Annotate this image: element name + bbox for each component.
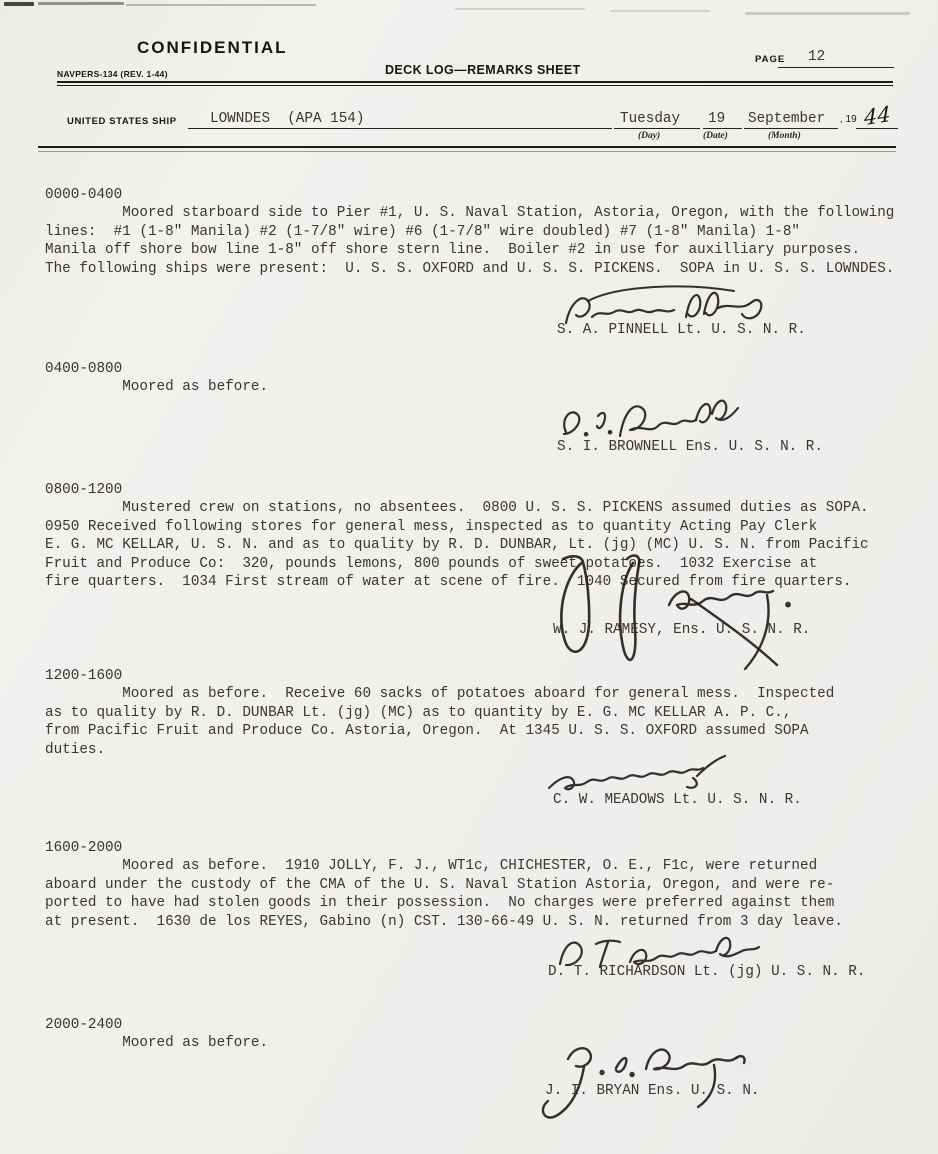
signature-name: S. A. PINNELL Lt. U. S. N. R.: [557, 322, 806, 338]
signature-name: S. I. BROWNELL Ens. U. S. N. R.: [557, 439, 823, 455]
date-day: Tuesday: [620, 110, 680, 128]
watch-entry: 2000-2400 Moored as before.: [45, 1016, 937, 1053]
log-text: Mustered crew on stations, no absentees.…: [45, 499, 937, 591]
signature-name: W. J. RAMESY, Ens. U. S. N. R.: [553, 622, 810, 638]
blank-line: [614, 128, 700, 129]
blank-line: [744, 128, 838, 129]
form-title: DECK LOG—REMARKS SHEET: [385, 63, 581, 77]
date-month-label: (Month): [768, 131, 801, 141]
log-text: Moored as before. 1910 JOLLY, F. J., WT1…: [45, 857, 937, 931]
year-handwritten: 44: [864, 102, 891, 130]
watch-period: 1600-2000: [45, 839, 937, 857]
signature-name: J. I. BRYAN Ens. U. S. N.: [545, 1083, 760, 1099]
signature-name: D. T. RICHARDSON Lt. (jg) U. S. N. R.: [548, 964, 865, 980]
watch-entry: 0800-1200 Mustered crew on stations, no …: [45, 481, 937, 591]
watch-period: 2000-2400: [45, 1016, 937, 1034]
watch-period: 0400-0800: [45, 360, 937, 378]
form-number: NAVPERS-134 (REV. 1-44): [57, 69, 168, 79]
watch-entry: 0000-0400 Moored starboard side to Pier …: [45, 186, 937, 278]
signature-scrawl: [545, 754, 730, 796]
date-date-label: (Date): [703, 131, 728, 141]
page-label: PAGE: [755, 54, 785, 65]
form-rule: [57, 85, 893, 86]
scan-artifact: [4, 2, 34, 6]
signature-name: C. W. MEADOWS Lt. U. S. N. R.: [553, 792, 802, 808]
scan-artifact: [126, 4, 316, 6]
classification-stamp: CONFIDENTIAL: [137, 38, 288, 58]
date-month: September: [748, 110, 825, 128]
blank-line: [778, 67, 894, 68]
deck-log-page: CONFIDENTIAL PAGE 12 NAVPERS-134 (REV. 1…: [0, 0, 938, 1154]
log-text: Moored as before.: [45, 378, 937, 396]
watch-entry: 1600-2000 Moored as before. 1910 JOLLY, …: [45, 839, 937, 931]
date-day-label: (Day): [638, 131, 660, 141]
ship-name: LOWNDES (APA 154): [210, 110, 364, 128]
form-rule: [38, 146, 896, 148]
form-rule: [57, 81, 893, 83]
signature-scrawl: [545, 553, 800, 683]
year-prefix: , 19: [840, 114, 857, 125]
watch-entry: 1200-1600 Moored as before. Receive 60 s…: [45, 667, 937, 759]
form-rule: [38, 151, 896, 152]
scan-artifact: [610, 10, 710, 12]
scan-artifact: [455, 8, 585, 10]
ship-label: UNITED STATES SHIP: [67, 116, 177, 127]
log-text: Moored as before.: [45, 1034, 937, 1052]
page-number: 12: [808, 48, 825, 66]
watch-period: 0000-0400: [45, 186, 937, 204]
watch-entry: 0400-0800 Moored as before.: [45, 360, 937, 397]
blank-line: [856, 128, 898, 129]
scan-artifact: [745, 12, 910, 15]
signature-scrawl: [528, 1041, 750, 1121]
log-text: Moored starboard side to Pier #1, U. S. …: [45, 204, 937, 278]
log-text: Moored as before. Receive 60 sacks of po…: [45, 685, 937, 759]
blank-line: [188, 128, 612, 129]
watch-period: 1200-1600: [45, 667, 937, 685]
scan-artifact: [38, 2, 124, 5]
date-date: 19: [708, 110, 725, 128]
watch-period: 0800-1200: [45, 481, 937, 499]
signature-scrawl: [550, 392, 740, 444]
blank-line: [703, 128, 742, 129]
